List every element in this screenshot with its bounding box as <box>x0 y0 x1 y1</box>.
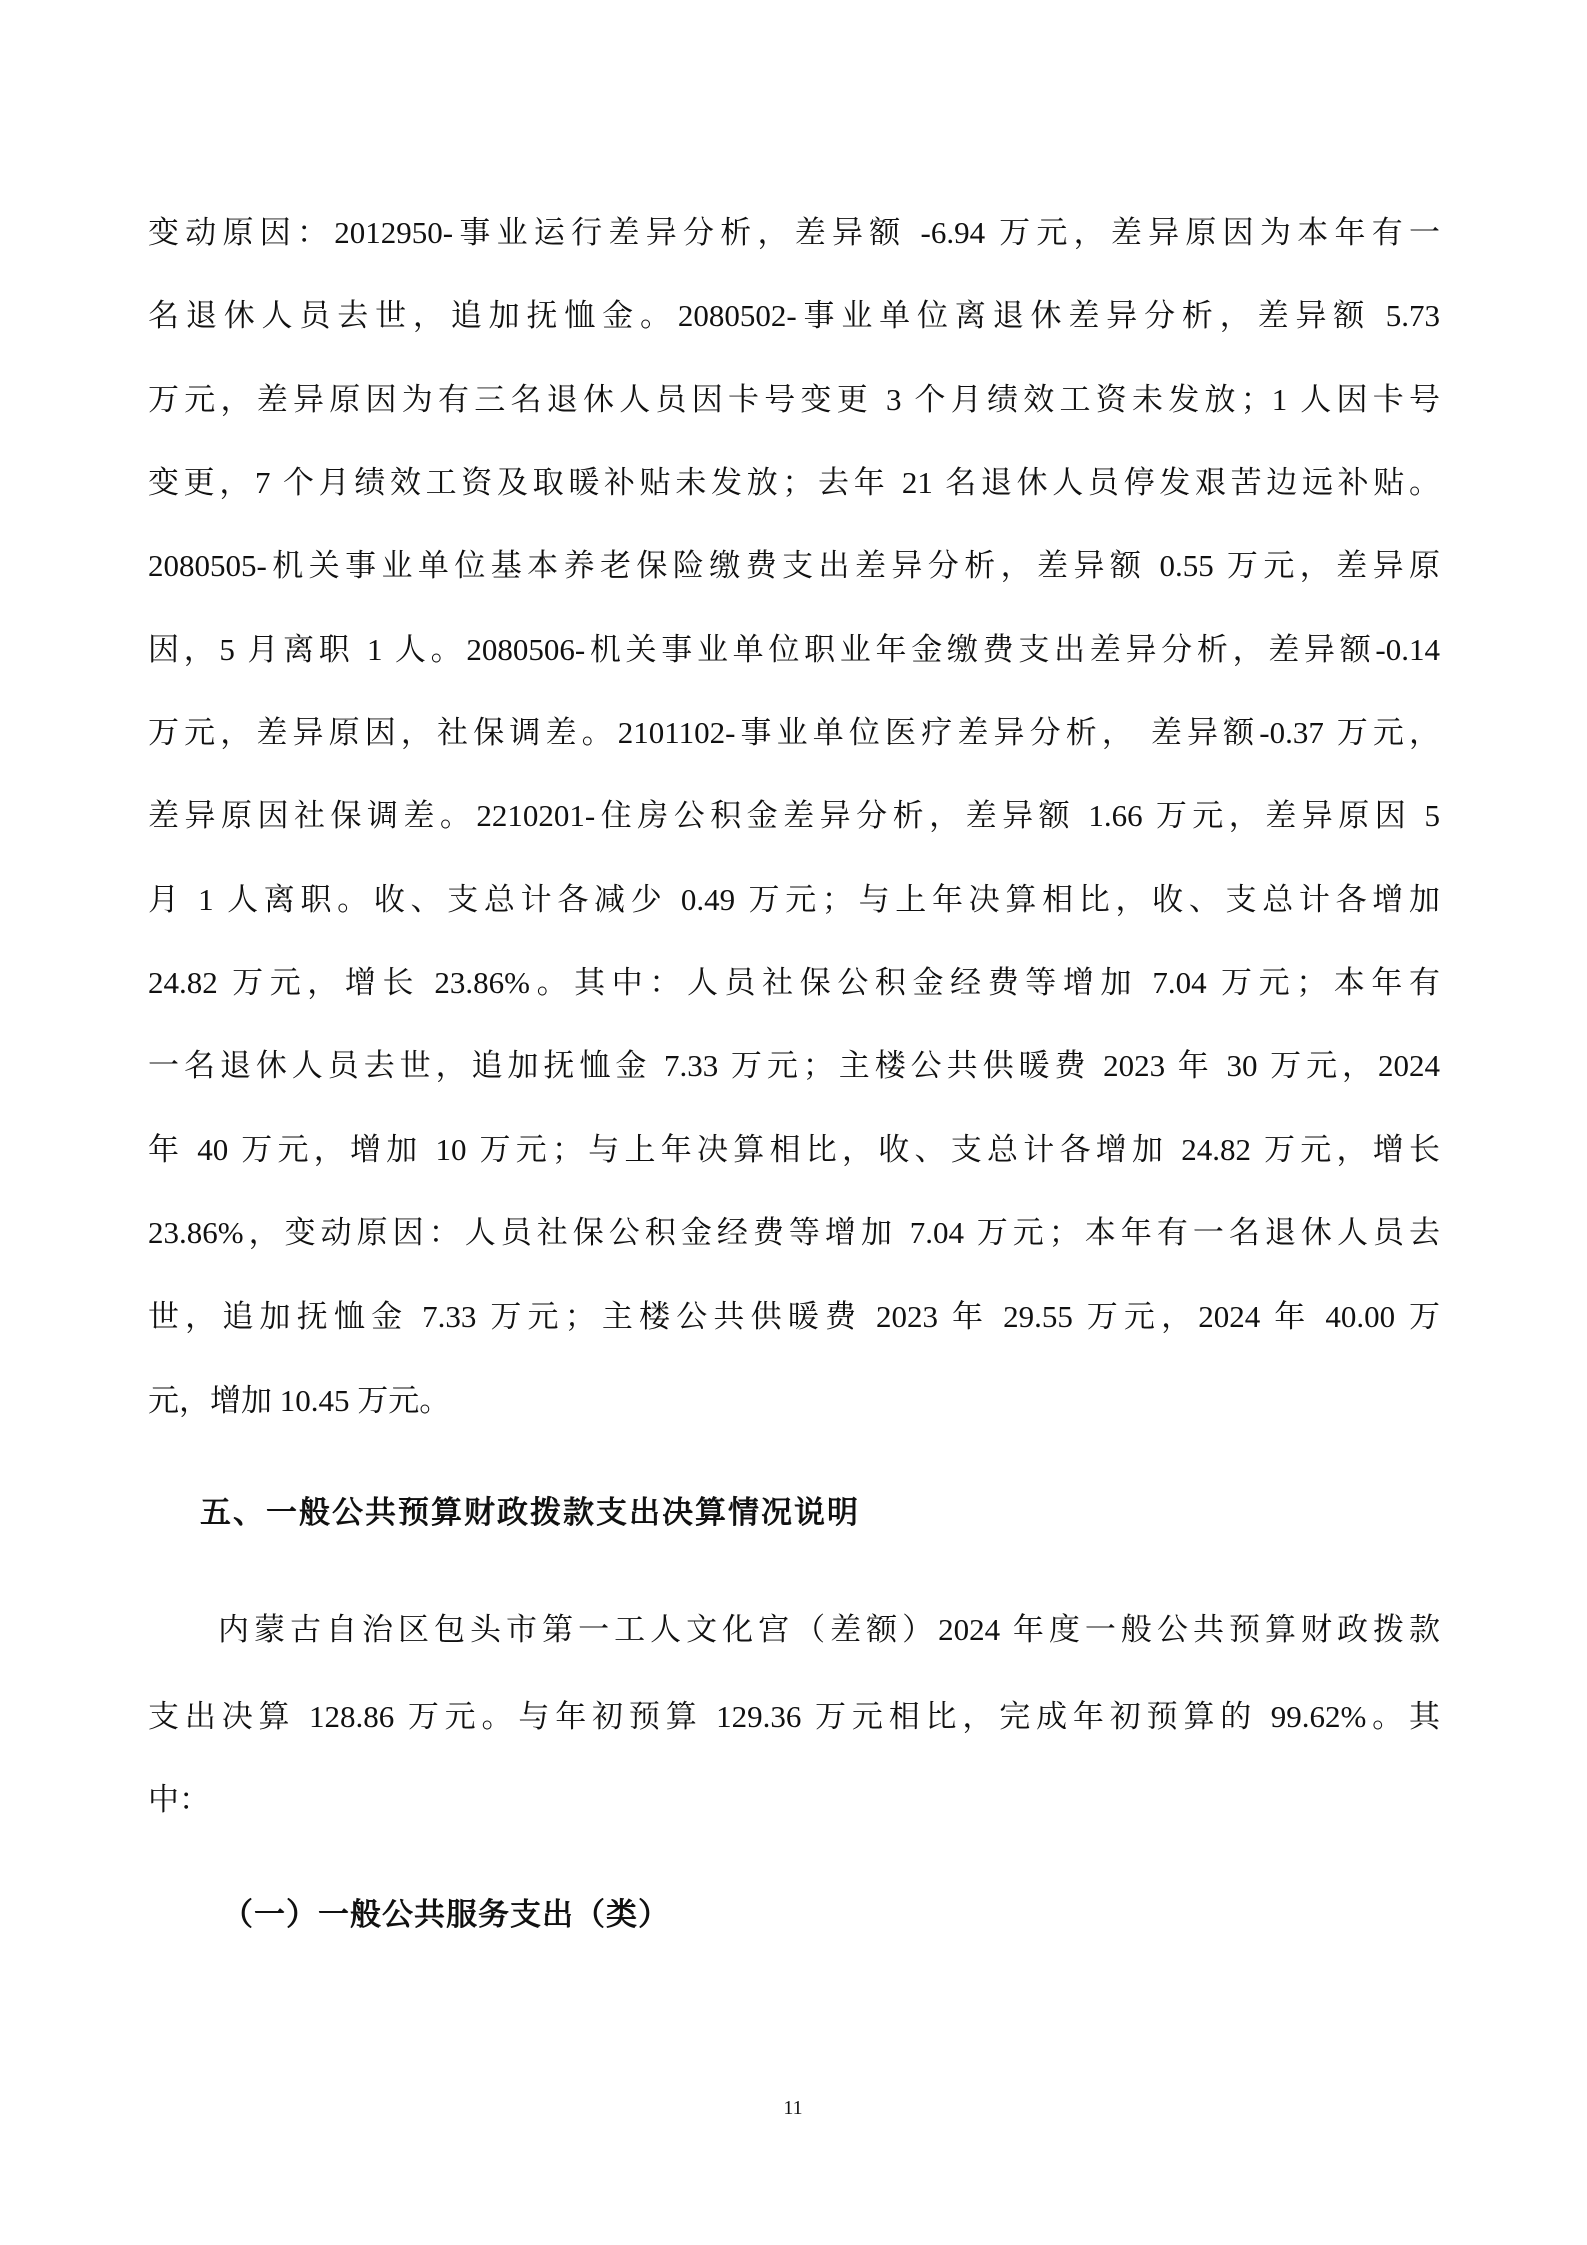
paragraph-line: 万元，差异原因，社保调差。2101102-事业单位医疗差异分析， 差异额-0.3… <box>148 713 1440 753</box>
paragraph-line: 变更，7 个月绩效工资及取暖补贴未发放；去年 21 名退休人员停发艰苦边远补贴。 <box>148 463 1440 503</box>
paragraph-line: 世，追加抚恤金 7.33 万元；主楼公共供暖费 2023 年 29.55 万元，… <box>148 1297 1440 1337</box>
section-heading: 五、一般公共预算财政拨款支出决算情况说明 <box>200 1492 860 1534</box>
paragraph-line: 一名退休人员去世，追加抚恤金 7.33 万元；主楼公共供暖费 2023 年 30… <box>148 1046 1440 1086</box>
paragraph-line: 名退休人员去世，追加抚恤金。2080502-事业单位离退休差异分析，差异额 5.… <box>148 296 1440 336</box>
paragraph-line: 月 1 人离职。收、支总计各减少 0.49 万元；与上年决算相比，收、支总计各增… <box>148 880 1440 920</box>
paragraph-line: 支出决算 128.86 万元。与年初预算 129.36 万元相比，完成年初预算的… <box>148 1697 1440 1737</box>
paragraph-line: 年 40 万元，增加 10 万元；与上年决算相比，收、支总计各增加 24.82 … <box>148 1130 1440 1170</box>
paragraph-line: 内蒙古自治区包头市第一工人文化宫（差额）2024 年度一般公共预算财政拨款 <box>218 1610 1440 1650</box>
paragraph-line: 元，增加 10.45 万元。 <box>148 1381 1440 1421</box>
subsection-heading: （一）一般公共服务支出（类） <box>222 1894 670 1936</box>
paragraph-line: 差异原因社保调差。2210201-住房公积金差异分析，差异额 1.66 万元，差… <box>148 796 1440 836</box>
paragraph-line: 2080505-机关事业单位基本养老保险缴费支出差异分析，差异额 0.55 万元… <box>148 546 1440 586</box>
paragraph-line: 23.86%，变动原因：人员社保公积金经费等增加 7.04 万元；本年有一名退休… <box>148 1213 1440 1253</box>
paragraph-line: 中： <box>148 1780 1440 1820</box>
paragraph-line: 变动原因：2012950-事业运行差异分析，差异额 -6.94 万元，差异原因为… <box>148 213 1440 253</box>
paragraph-line: 24.82 万元，增长 23.86%。其中：人员社保公积金经费等增加 7.04 … <box>148 963 1440 1003</box>
page-number: 11 <box>763 2094 823 2122</box>
paragraph-line: 万元，差异原因为有三名退休人员因卡号变更 3 个月绩效工资未发放；1 人因卡号 <box>148 380 1440 420</box>
paragraph-line: 因，5 月离职 1 人。2080506-机关事业单位职业年金缴费支出差异分析，差… <box>148 630 1440 670</box>
document-page: 变动原因：2012950-事业运行差异分析，差异额 -6.94 万元，差异原因为… <box>0 0 1587 2245</box>
